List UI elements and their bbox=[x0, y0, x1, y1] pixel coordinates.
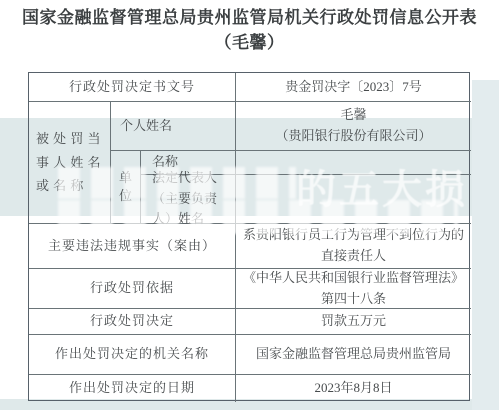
background-tint-band-right bbox=[472, 80, 499, 410]
date-value-cell: 2023年8月8日 bbox=[236, 375, 471, 402]
decision-value: 罚款五万元 bbox=[321, 311, 386, 332]
facts-value: 系贵阳银行员工行为管理不到位行为的直接责任人 bbox=[236, 225, 471, 267]
authority-value: 国家金融监督管理总局贵州监管局 bbox=[256, 344, 451, 365]
date-value: 2023年8月8日 bbox=[314, 378, 392, 399]
person-name-label-cell: 个人姓名 bbox=[111, 102, 236, 151]
party-group-label: 被处罚当事人姓名或名称 bbox=[36, 127, 108, 197]
authority-label-cell: 作出处罚决定的机关名称 bbox=[29, 335, 236, 375]
basis-value-line1: 《中华人民共和国银行业监督管理法》 bbox=[243, 268, 464, 288]
unit-name-value-cell bbox=[236, 151, 471, 175]
person-org-value: （贵阳银行股份有限公司） bbox=[275, 126, 431, 147]
legal-rep-label: 法定代表人（主要负责人）姓名 bbox=[152, 168, 235, 230]
authority-value-cell: 国家金融监督管理总局贵州监管局 bbox=[236, 335, 471, 375]
decision-value-cell: 罚款五万元 bbox=[236, 309, 471, 335]
facts-label-cell: 主要违法违规事实（案由） bbox=[29, 224, 236, 269]
person-name-label: 个人姓名 bbox=[120, 116, 172, 137]
date-label: 作出处罚决定的日期 bbox=[69, 378, 195, 399]
person-name-value: 毛馨 bbox=[340, 105, 366, 126]
unit-label: 单位 bbox=[119, 169, 133, 204]
facts-label: 主要违法违规事实（案由） bbox=[48, 236, 216, 257]
date-label-cell: 作出处罚决定的日期 bbox=[29, 375, 236, 402]
doc-no-label-cell: 行政处罚决定书文号 bbox=[29, 73, 236, 102]
basis-value-line2: 第四十八条 bbox=[321, 289, 386, 309]
penalty-table: 行政处罚决定书文号 贵金罚决字〔2023〕7号 被处罚当事人姓名或名称 个人姓名… bbox=[28, 72, 470, 401]
party-group-cell: 被处罚当事人姓名或名称 bbox=[29, 102, 111, 224]
decision-label: 行政处罚决定 bbox=[90, 311, 174, 332]
decision-label-cell: 行政处罚决定 bbox=[29, 309, 236, 335]
page-title-line1: 国家金融监督管理总局贵州监管局机关行政处罚信息公开表 bbox=[0, 6, 499, 31]
person-name-value-cell: 毛馨 （贵阳银行股份有限公司） bbox=[236, 102, 471, 151]
doc-no-value: 贵金罚决字〔2023〕7号 bbox=[285, 77, 422, 98]
facts-value-cell: 系贵阳银行员工行为管理不到位行为的直接责任人 bbox=[236, 224, 471, 269]
authority-label: 作出处罚决定的机关名称 bbox=[55, 344, 209, 365]
doc-no-value-cell: 贵金罚决字〔2023〕7号 bbox=[236, 73, 471, 102]
basis-label: 行政处罚依据 bbox=[90, 278, 174, 299]
basis-label-cell: 行政处罚依据 bbox=[29, 269, 236, 309]
page-title-line2: （毛馨） bbox=[0, 31, 499, 56]
legal-rep-value-cell bbox=[236, 175, 471, 224]
doc-no-label: 行政处罚决定书文号 bbox=[69, 77, 195, 98]
basis-value-cell: 《中华人民共和国银行业监督管理法》 第四十八条 bbox=[236, 269, 471, 309]
legal-rep-label-cell: 法定代表人（主要负责人）姓名 bbox=[141, 175, 236, 224]
unit-label-cell: 单位 bbox=[111, 151, 141, 224]
page-title: 国家金融监督管理总局贵州监管局机关行政处罚信息公开表 （毛馨） bbox=[0, 6, 499, 55]
